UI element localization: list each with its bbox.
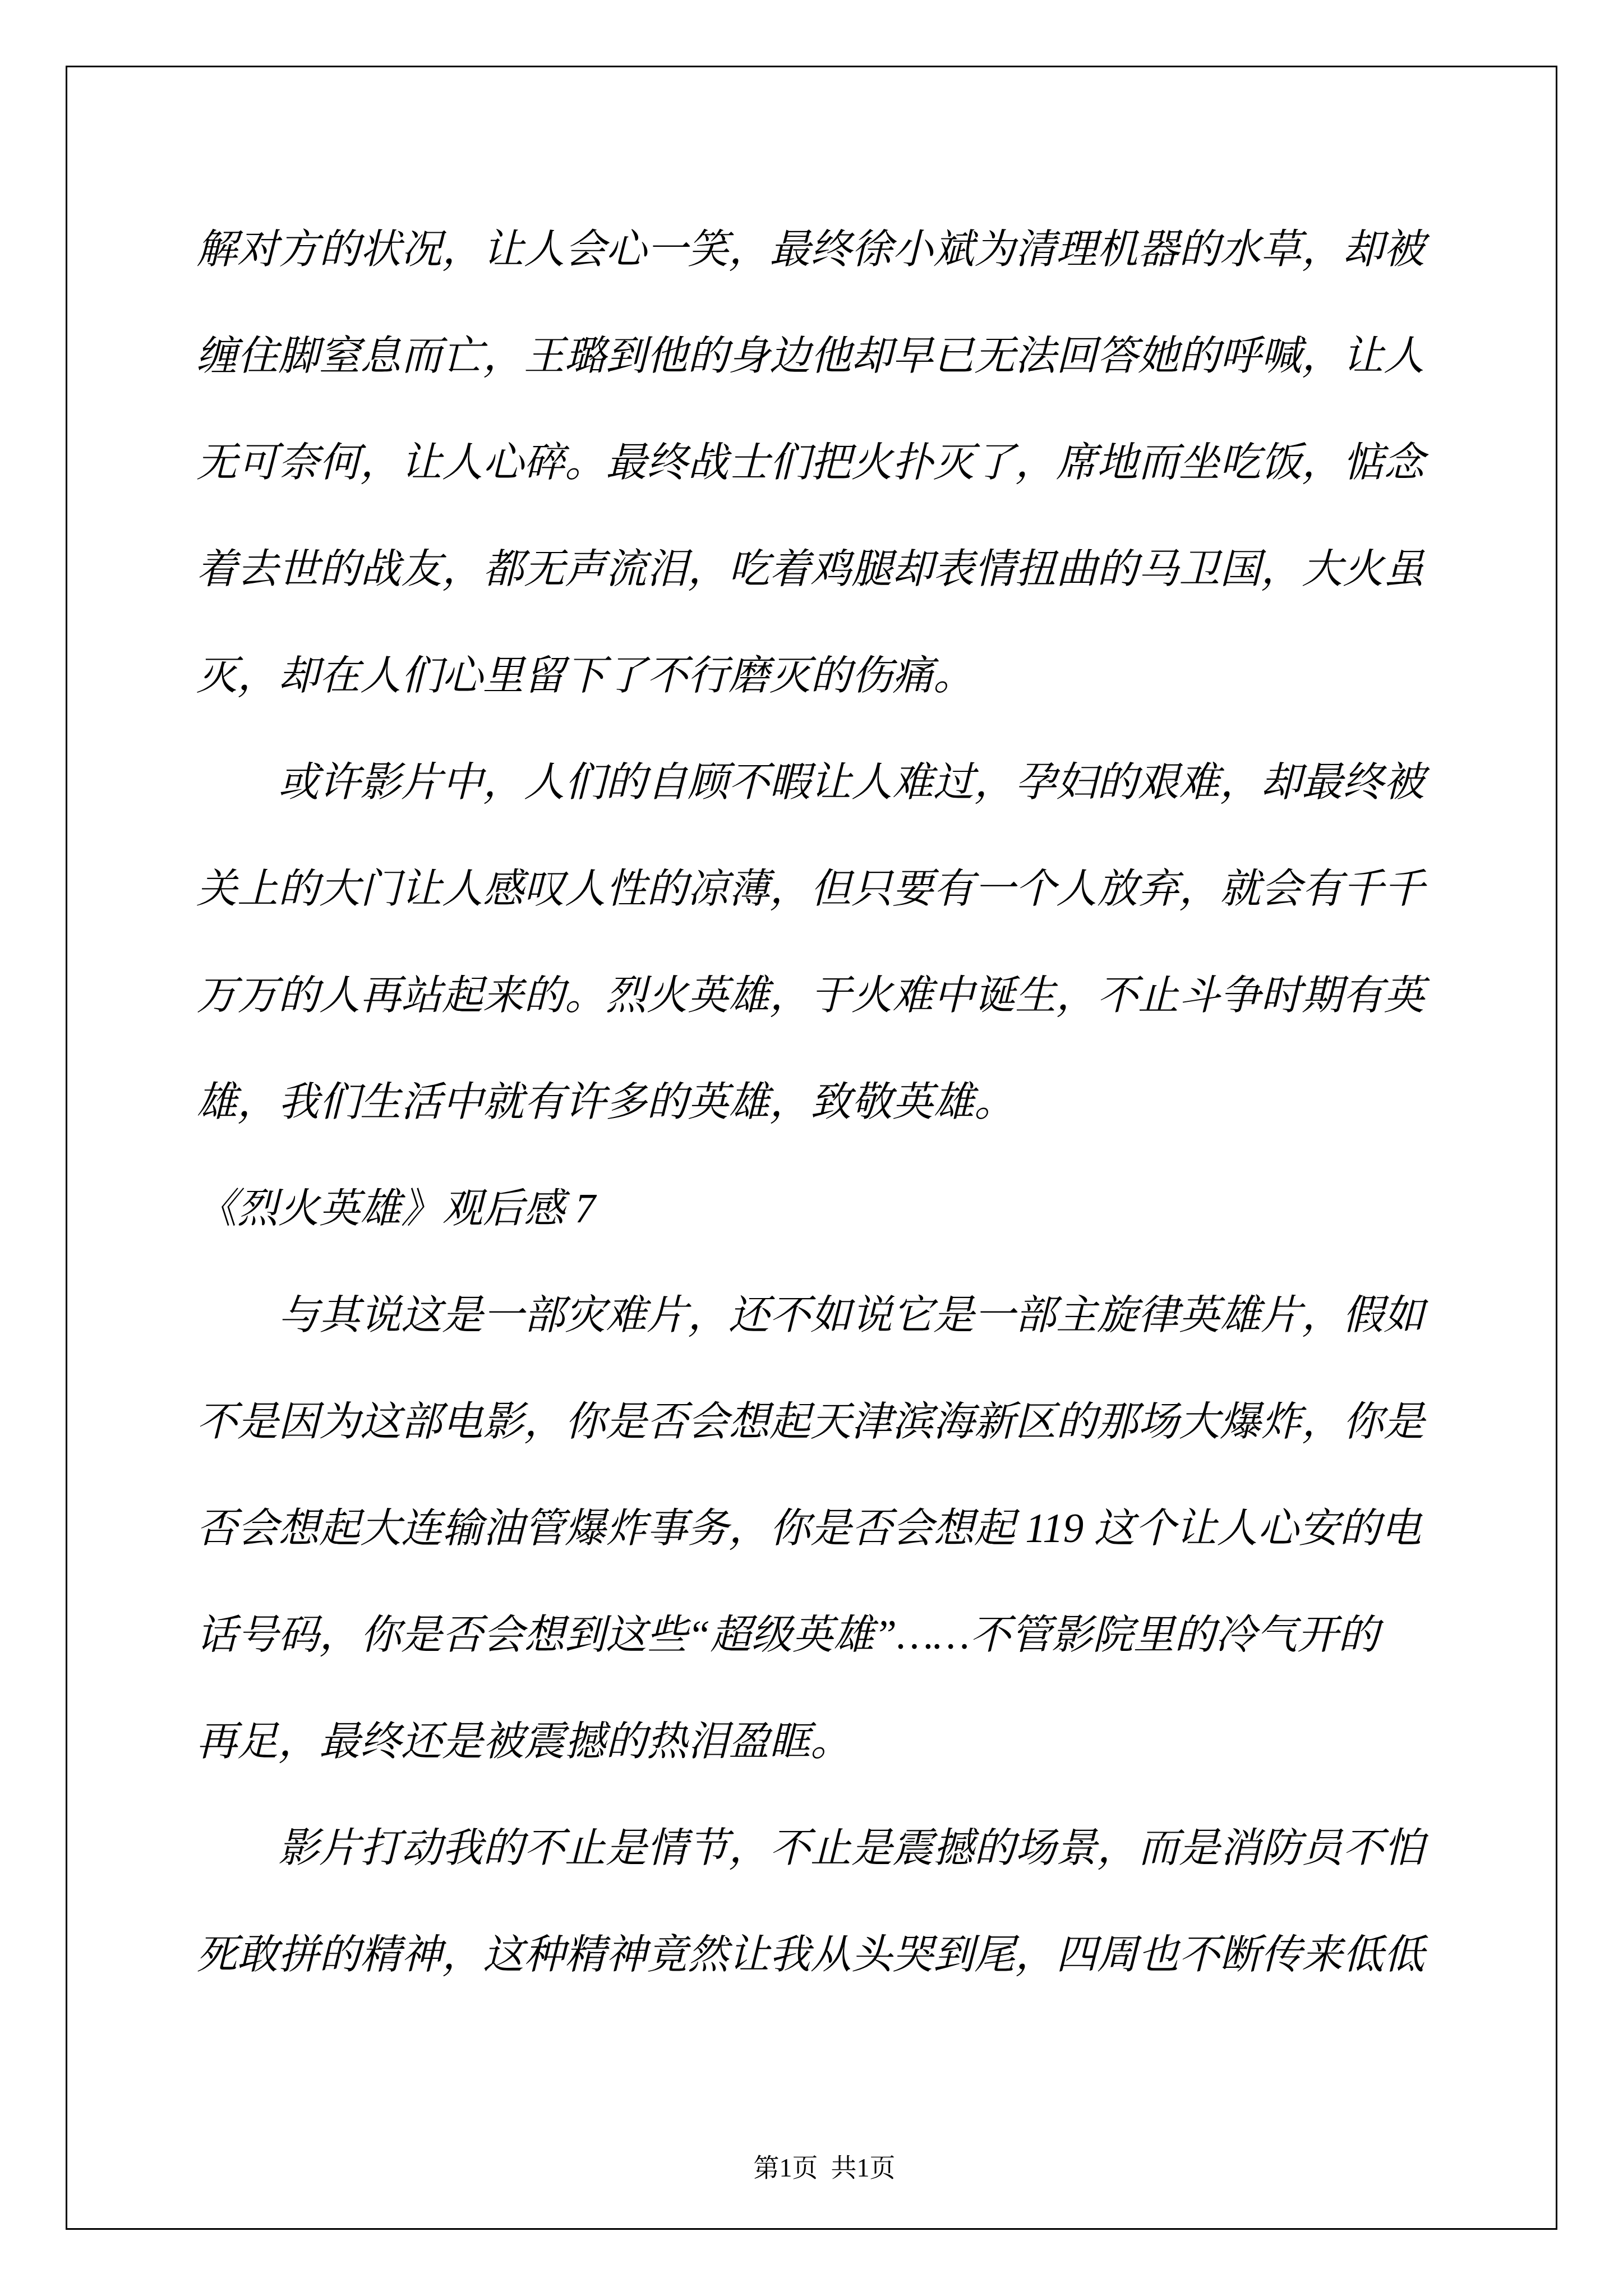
text-line: 灭，却在人们心里留下了不行磨灭的伤痛。 <box>196 623 1428 729</box>
text-line: 着去世的战友，都无声流泪，吃着鸡腿却表情扭曲的马卫国，大火虽 <box>196 516 1428 623</box>
text-line: 万万的人再站起来的。烈火英雄，于火难中诞生，不止斗争时期有英 <box>196 942 1428 1049</box>
text-line: 缠住脚窒息而亡，王璐到他的身边他却早已无法回答她的呼喊，让人 <box>196 303 1428 409</box>
text-line: 不是因为这部电影，你是否会想起天津滨海新区的那场大爆炸，你是 <box>196 1369 1428 1475</box>
document-body: 解对方的状况，让人会心一笑，最终徐小斌为清理机器的水草，却被缠住脚窒息而亡，王璐… <box>196 196 1428 2008</box>
text-line: 死敢拼的精神，这种精神竟然让我从头哭到尾，四周也不断传来低低 <box>196 1902 1428 2008</box>
text-line: 影片打动我的不止是情节，不止是震撼的场景，而是消防员不怕 <box>196 1795 1428 1902</box>
text-line: 或许影片中，人们的自顾不暇让人难过，孕妇的艰难，却最终被 <box>196 729 1428 836</box>
text-line: 雄，我们生活中就有许多的英雄，致敬英雄。 <box>196 1049 1428 1156</box>
text-line: 与其说这是一部灾难片，还不如说它是一部主旋律英雄片，假如 <box>196 1262 1428 1369</box>
text-line: 关上的大门让人感叹人性的凉薄，但只要有一个人放弃，就会有千千 <box>196 836 1428 942</box>
section-heading: 《烈火英雄》观后感 7 <box>196 1156 1428 1262</box>
page-number-label: 第1页 共1页 <box>754 2154 896 2182</box>
text-line: 否会想起大连输油管爆炸事务，你是否会想起 119 这个让人心安的电 <box>196 1475 1428 1582</box>
text-line: 话号码，你是否会想到这些“超级英雄”……不管影院里的冷气开的 <box>196 1582 1428 1688</box>
text-line: 无可奈何，让人心碎。最终战士们把火扑灭了，席地而坐吃饭，惦念 <box>196 409 1428 516</box>
page-footer: 第1页 共1页 <box>0 2126 1623 2210</box>
text-line: 再足，最终还是被震撼的热泪盈眶。 <box>196 1688 1428 1795</box>
document-page: 解对方的状况，让人会心一笑，最终徐小斌为清理机器的水草，却被缠住脚窒息而亡，王璐… <box>0 0 1623 2296</box>
text-line: 解对方的状况，让人会心一笑，最终徐小斌为清理机器的水草，却被 <box>196 196 1428 303</box>
